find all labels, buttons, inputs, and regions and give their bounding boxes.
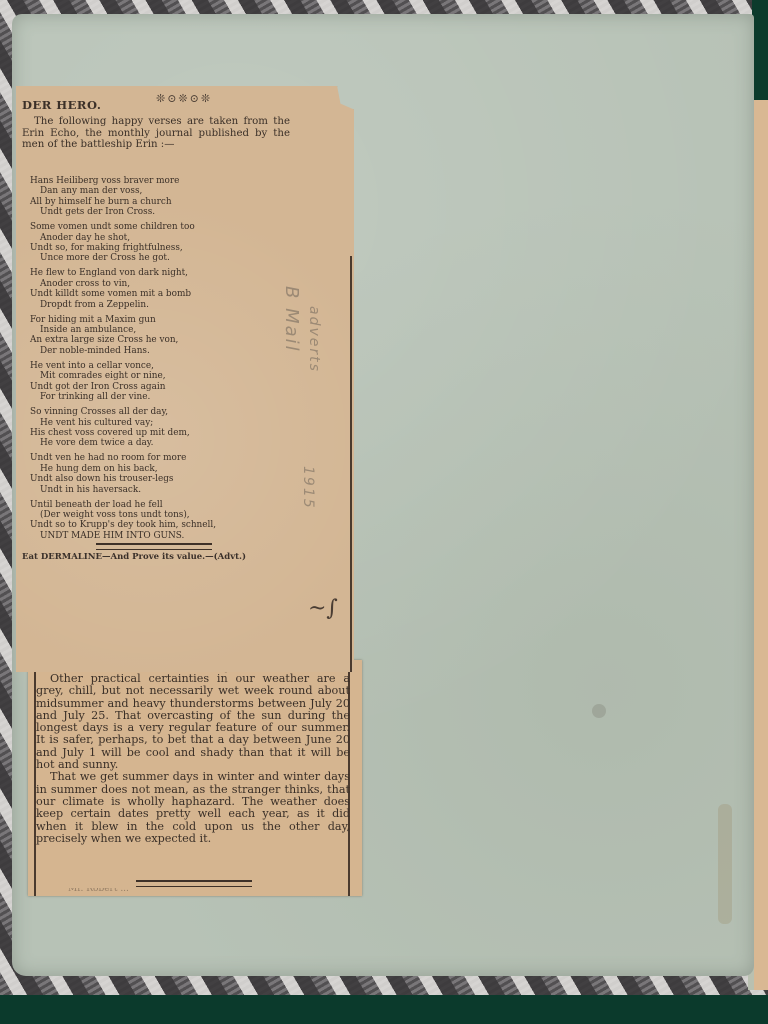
ornament: ❊⊙❊⊙❊ <box>156 92 212 105</box>
poem-line: Undt so, for making frightfulness, <box>30 243 300 253</box>
poem-line: Inside an ambulance, <box>30 325 300 335</box>
poem-line: (Der weight voss tons undt tons), <box>30 510 300 520</box>
poem-intro: The following happy verses are taken fro… <box>22 116 290 151</box>
poem-line: Undt killdt some vomen mit a bomb <box>30 289 300 299</box>
poem-intro-text: The following happy verses are taken fro… <box>22 116 290 150</box>
poem-line: Undt so to Krupp's dey took him, schnell… <box>30 520 300 530</box>
poem-stanza: Some vomen undt some children tooAnoder … <box>30 222 300 264</box>
poem-stanza: He flew to England von dark night,Anoder… <box>30 268 300 310</box>
poem-verses: Hans Heiliberg voss braver moreDan any m… <box>30 176 300 546</box>
background-bottom <box>0 995 768 1024</box>
poem-line: Dan any man der voss, <box>30 186 300 196</box>
poem-line: So vinning Crosses all der day, <box>30 407 300 417</box>
poem-line: He hung dem on his back, <box>30 464 300 474</box>
poem-line: Unce more der Cross he got. <box>30 253 300 263</box>
column-rule-right <box>350 256 352 672</box>
advert-line: Eat DERMALINE—And Prove its value.—(Advt… <box>22 552 246 562</box>
article-cut-bottom-line: Mr. Robert ... <box>68 888 328 894</box>
poem-line: Some vomen undt some children too <box>30 222 300 232</box>
poem-stanza: Undt ven he had no room for moreHe hung … <box>30 453 300 495</box>
poem-line: An extra large size Cross he von, <box>30 335 300 345</box>
poem-line: He flew to England von dark night, <box>30 268 300 278</box>
stain <box>718 804 732 924</box>
article-text: its date. It came on the 27th last year.… <box>36 665 350 845</box>
poem-line: Anoder cross to vin, <box>30 279 300 289</box>
article-divider <box>136 880 252 887</box>
poem-line: Undt got der Iron Cross again <box>30 382 300 392</box>
poem-stanza: Hans Heiliberg voss braver moreDan any m… <box>30 176 300 218</box>
article-paragraph: That we get summer days in winter and wi… <box>36 771 350 845</box>
poem-line: Der noble-minded Hans. <box>30 346 300 356</box>
poem-stanza: He vent into a cellar vonce,Mit comrades… <box>30 361 300 403</box>
poem-line: His chest voss covered up mit dem, <box>30 428 300 438</box>
pencil-mark: ~∫ <box>308 596 338 621</box>
poem-line: He vent into a cellar vonce, <box>30 361 300 371</box>
poem-divider <box>96 543 212 550</box>
poem-line: Hans Heiliberg voss braver more <box>30 176 300 186</box>
poem-stanza: So vinning Crosses all der day,He vent h… <box>30 407 300 449</box>
poem-line: For hiding mit a Maxim gun <box>30 315 300 325</box>
poem-line: He vent his cultured vay; <box>30 418 300 428</box>
poem-line: Dropdt from a Zeppelin. <box>30 300 300 310</box>
poem-line: For trinking all der vine. <box>30 392 300 402</box>
poem-stanza: Until beneath der load he fell(Der weigh… <box>30 500 300 542</box>
poem-stanza: For hiding mit a Maxim gunInside an ambu… <box>30 315 300 357</box>
pencil-note: B Mail <box>281 286 302 353</box>
poem-line: Undt gets der Iron Cross. <box>30 207 300 217</box>
poem-line: Until beneath der load he fell <box>30 500 300 510</box>
pencil-note-year: 1915 <box>300 466 316 510</box>
poem-line: Undt also down his trouser-legs <box>30 474 300 484</box>
poem-line: He vore dem twice a day. <box>30 438 300 448</box>
poem-line: UNDT MADE HIM INTO GUNS. <box>30 531 300 541</box>
poem-title: DER HERO. <box>22 98 101 112</box>
poem-line: All by himself he burn a church <box>30 197 300 207</box>
background-right <box>752 0 768 110</box>
clipping-poem: ❊⊙❊⊙❊ DER HERO. The following happy vers… <box>16 86 354 672</box>
poem-line: Undt in his haversack. <box>30 485 300 495</box>
stain <box>592 704 606 718</box>
poem-line: Mit comrades eight or nine, <box>30 371 300 381</box>
clipping-weather-article: its date. It came on the 27th last year.… <box>28 660 362 896</box>
article-paragraph: Other practical certainties in our weath… <box>36 673 350 771</box>
poem-line: Undt ven he had no room for more <box>30 453 300 463</box>
pencil-note: adverts <box>306 306 322 373</box>
poem-line: Anoder day he shot, <box>30 233 300 243</box>
